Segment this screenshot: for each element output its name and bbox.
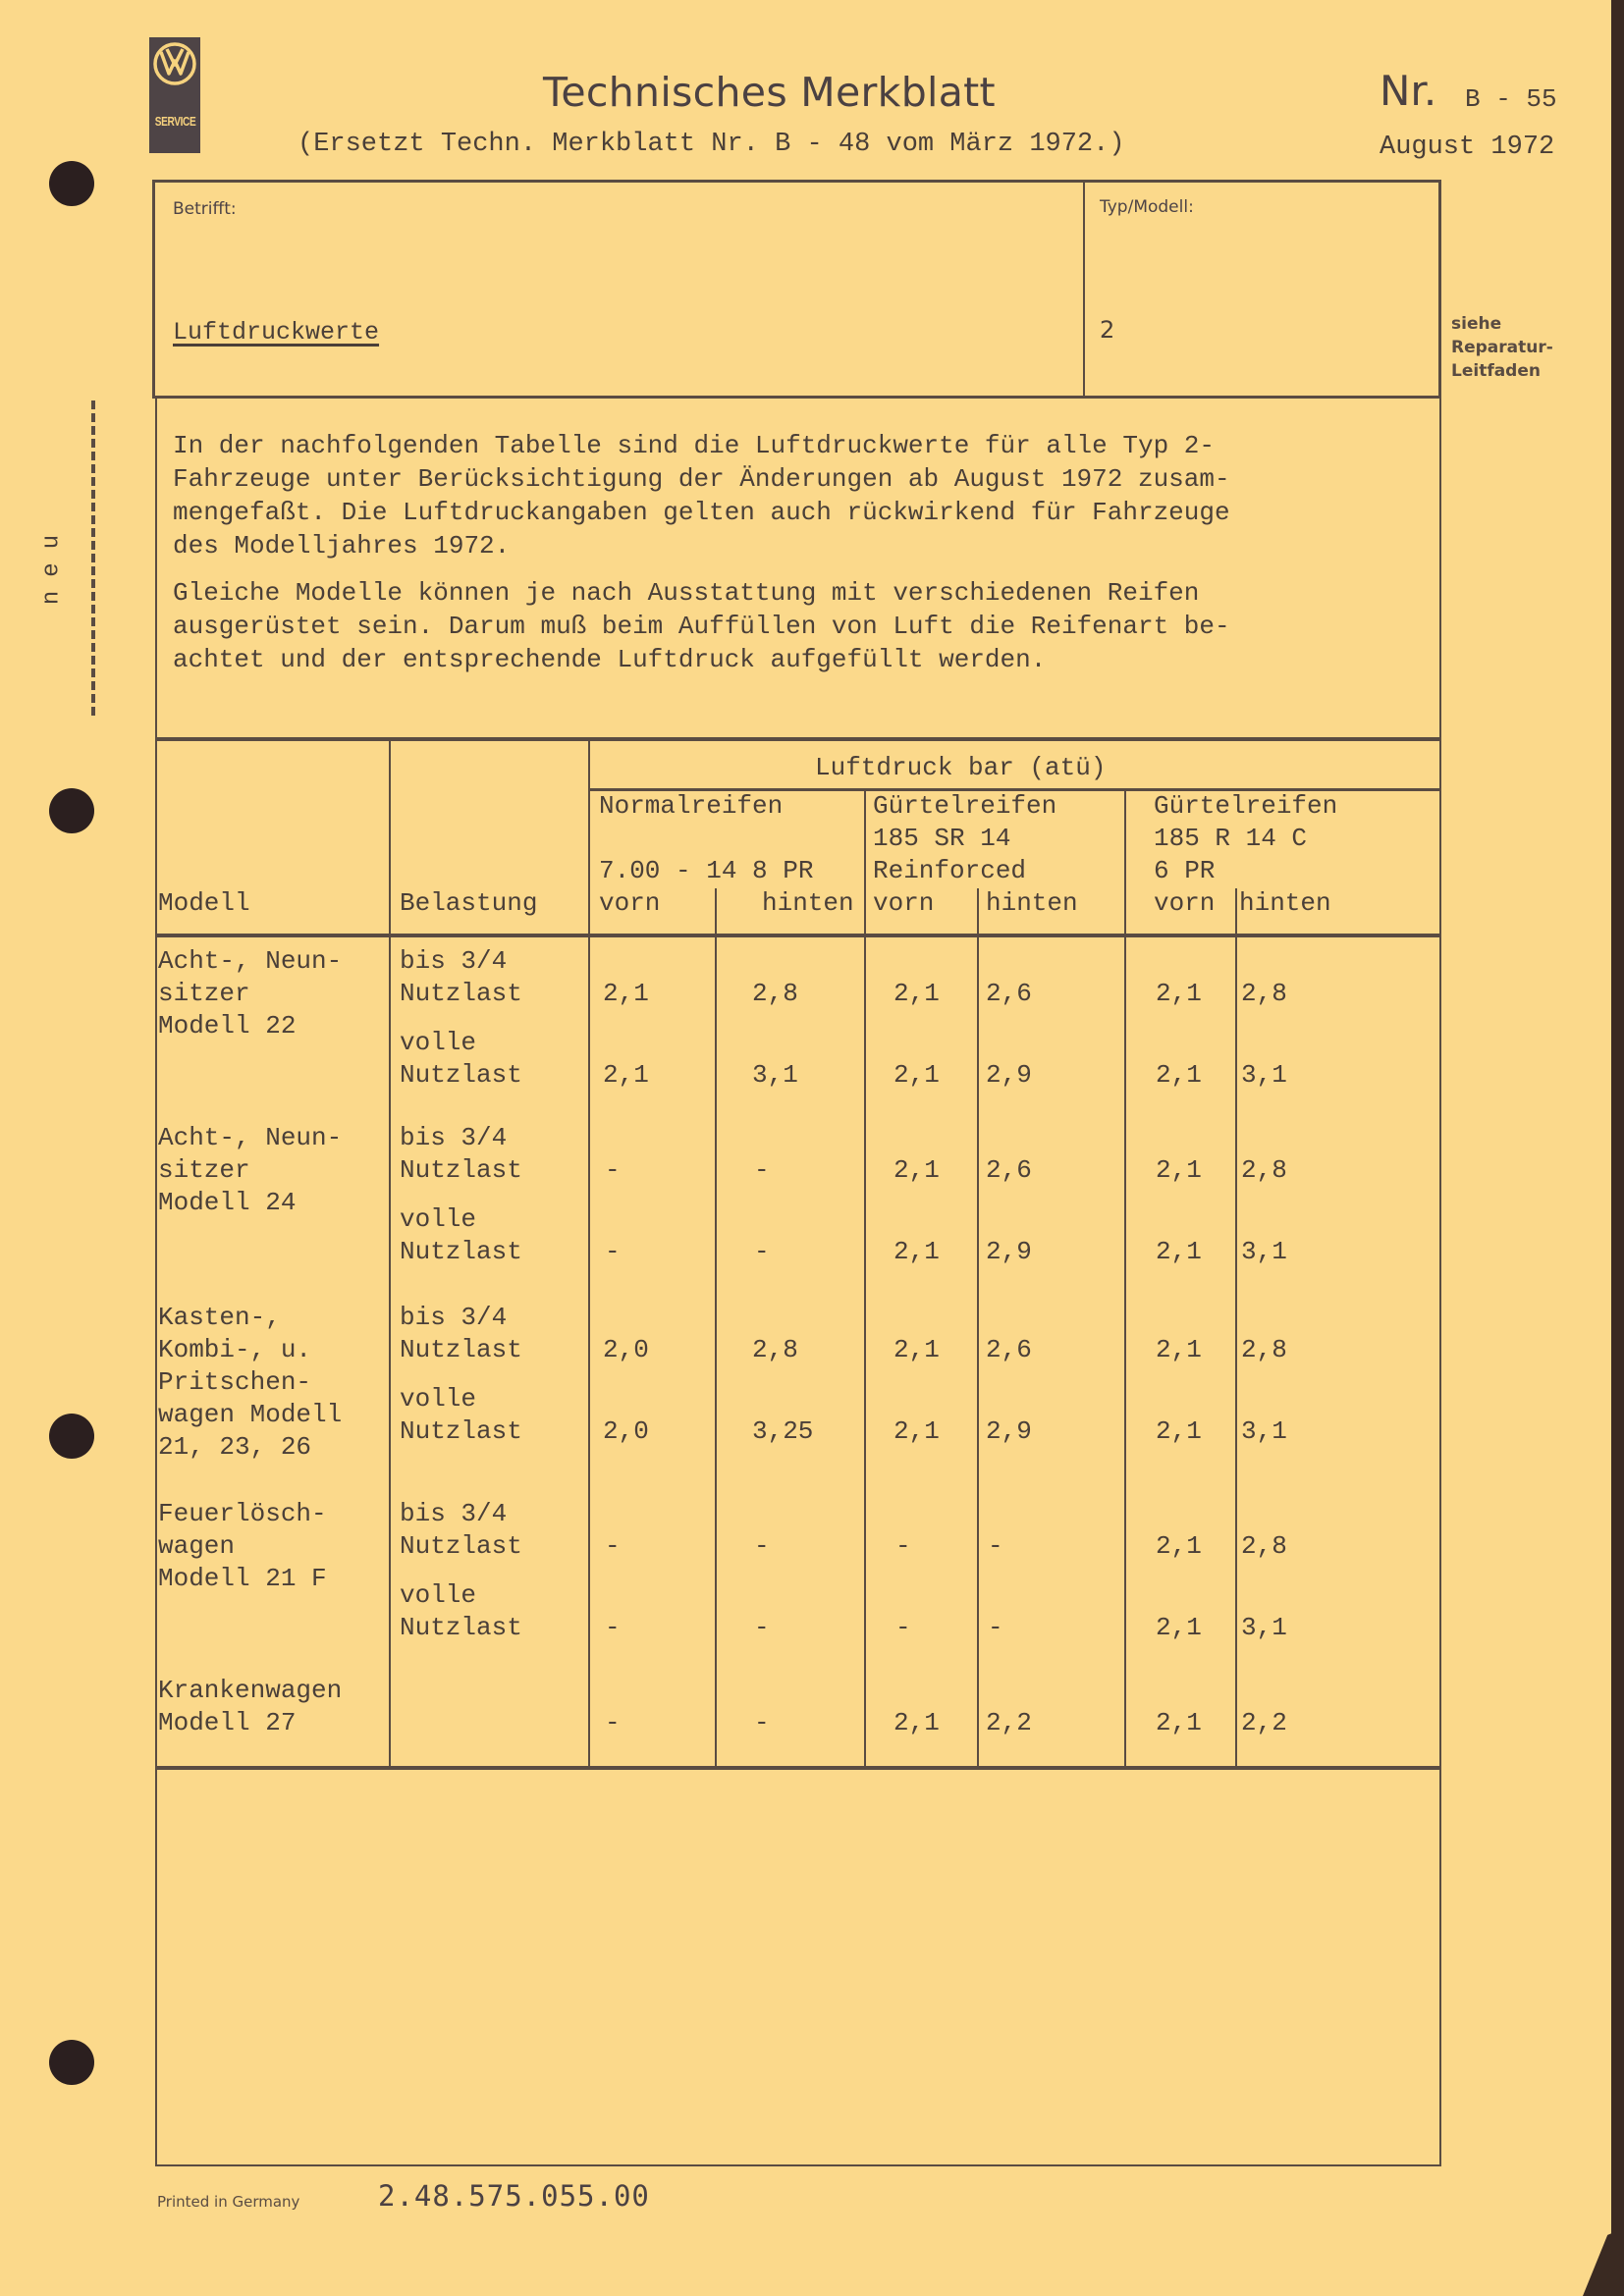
table-bottom-rule	[155, 1766, 1441, 1770]
pressure-value: 2,6	[986, 978, 1032, 1010]
betrifft-label: Betrifft:	[173, 199, 237, 219]
pressure-value: 3,1	[1241, 1415, 1287, 1448]
pressure-value: -	[754, 1530, 770, 1563]
pressure-value: 2,9	[986, 1059, 1032, 1092]
header-tire-3-name: Gürtelreifen	[1154, 790, 1337, 823]
intro-paragraph-2: Gleiche Modelle können je nach Ausstattu…	[173, 576, 1435, 676]
table-header-rule	[155, 934, 1441, 937]
header-hinten: hinten	[762, 887, 854, 920]
row-belastung: bis 3/4 Nutzlast	[400, 1302, 522, 1366]
row-belastung: bis 3/4 Nutzlast	[400, 1498, 522, 1563]
pressure-value: -	[895, 1612, 911, 1644]
pressure-value: 2,8	[1241, 1154, 1287, 1187]
subject-box	[152, 180, 1441, 399]
pressure-value: 3,1	[1241, 1236, 1287, 1268]
pressure-value: -	[754, 1236, 770, 1268]
pressure-value: 2,1	[893, 1334, 940, 1366]
pressure-value: 2,8	[1241, 978, 1287, 1010]
page-corner	[1583, 2228, 1624, 2296]
row-belastung: volle Nutzlast	[400, 1579, 522, 1644]
table-top-rule	[155, 737, 1441, 741]
pressure-value: -	[754, 1154, 770, 1187]
intro-paragraph-1: In der nachfolgenden Tabelle sind die Lu…	[173, 429, 1435, 562]
printed-in-germany: Printed in Germany	[157, 2193, 299, 2211]
punch-hole	[49, 161, 94, 206]
document-subtitle: (Ersetzt Techn. Merkblatt Nr. B - 48 vom…	[298, 130, 1125, 159]
pressure-value: 2,0	[603, 1415, 649, 1448]
pressure-value: -	[605, 1612, 621, 1644]
header-luftdruck: Luftdruck bar (atü)	[815, 752, 1106, 784]
header-tire-1-spec: 7.00 - 14 8 PR	[599, 855, 813, 887]
logo-service-text: SERVICE	[155, 114, 195, 129]
typ-modell-label: Typ/Modell:	[1100, 197, 1194, 217]
pressure-value: 3,1	[1241, 1059, 1287, 1092]
header-tire-3-spec: 185 R 14 C 6 PR	[1154, 823, 1307, 887]
pressure-value: 2,1	[893, 1415, 940, 1448]
pressure-value: 3,1	[1241, 1612, 1287, 1644]
pressure-value: 2,2	[1241, 1707, 1287, 1739]
pressure-value: 2,1	[893, 1059, 940, 1092]
pressure-value: -	[988, 1530, 1003, 1563]
header-tire-2-name: Gürtelreifen	[873, 790, 1056, 823]
pressure-value: 2,1	[1156, 1334, 1202, 1366]
subject-divider	[1083, 180, 1085, 397]
col-line	[864, 790, 866, 1768]
document-date: August 1972	[1380, 133, 1554, 162]
pressure-value: 2,1	[603, 1059, 649, 1092]
pressure-value: 2,1	[893, 978, 940, 1010]
margin-note-neu: neu	[39, 509, 66, 617]
pressure-value: -	[988, 1612, 1003, 1644]
subject-value: Luftdruckwerte	[173, 318, 379, 347]
header-hinten: hinten	[1239, 887, 1331, 920]
header-tire-1-name: Normalreifen	[599, 790, 783, 823]
pressure-value: 2,1	[1156, 1612, 1202, 1644]
header-vorn: vorn	[599, 887, 660, 920]
pressure-value: -	[754, 1612, 770, 1644]
col-line	[389, 737, 391, 1768]
pressure-value: 2,1	[1156, 1707, 1202, 1739]
form-number: 2.48.575.055.00	[378, 2179, 650, 2213]
row-belastung: volle Nutzlast	[400, 1383, 522, 1448]
pressure-value: 2,6	[986, 1154, 1032, 1187]
pressure-value: 2,1	[893, 1154, 940, 1187]
row-modell: Krankenwagen Modell 27	[158, 1675, 342, 1739]
pressure-value: 2,1	[1156, 1236, 1202, 1268]
punch-hole	[49, 788, 94, 833]
pressure-value: -	[605, 1236, 621, 1268]
pressure-value: 2,1	[1156, 978, 1202, 1010]
document-number: B - 55	[1465, 84, 1557, 114]
pressure-value: 2,8	[1241, 1334, 1287, 1366]
col-line	[977, 888, 979, 1768]
row-belastung: volle Nutzlast	[400, 1203, 522, 1268]
page-edge	[1611, 0, 1624, 2296]
pressure-value: 2,1	[1156, 1530, 1202, 1563]
pressure-value: 2,8	[752, 978, 798, 1010]
pressure-value: 2,9	[986, 1236, 1032, 1268]
body-frame-left	[155, 396, 157, 2166]
row-belastung: volle Nutzlast	[400, 1027, 522, 1092]
document-title: Technisches Merkblatt	[543, 69, 996, 116]
header-tire-2-spec: 185 SR 14 Reinforced	[873, 823, 1026, 887]
pressure-value: -	[895, 1530, 911, 1563]
punch-hole	[49, 2040, 94, 2085]
col-line	[715, 888, 717, 1768]
col-line	[588, 737, 590, 1768]
col-line	[1235, 888, 1237, 1768]
row-modell: Acht-, Neun- sitzer Modell 22	[158, 945, 342, 1042]
body-frame-bottom	[155, 2164, 1441, 2166]
document-number-label: Nr.	[1380, 67, 1436, 115]
header-vorn: vorn	[1154, 887, 1215, 920]
pressure-value: 3,25	[752, 1415, 813, 1448]
typ-modell-value: 2	[1100, 316, 1114, 344]
pressure-value: 2,1	[603, 978, 649, 1010]
pressure-value: 3,1	[752, 1059, 798, 1092]
row-modell: Kasten-, Kombi-, u. Pritschen- wagen Mod…	[158, 1302, 342, 1464]
row-belastung: bis 3/4 Nutzlast	[400, 1122, 522, 1187]
vw-logo-icon	[152, 41, 197, 86]
pressure-value: 2,2	[986, 1707, 1032, 1739]
pressure-value: -	[605, 1530, 621, 1563]
header-belastung: Belastung	[400, 887, 537, 920]
row-belastung: bis 3/4 Nutzlast	[400, 945, 522, 1010]
pressure-value: 2,8	[752, 1334, 798, 1366]
vw-service-logo: SERVICE	[149, 37, 200, 153]
pressure-value: 2,0	[603, 1334, 649, 1366]
punch-hole	[49, 1414, 94, 1459]
pressure-value: 2,6	[986, 1334, 1032, 1366]
pressure-value: -	[754, 1707, 770, 1739]
margin-dashed-line	[91, 400, 95, 717]
row-modell: Feuerlösch- wagen Modell 21 F	[158, 1498, 327, 1595]
header-hinten: hinten	[986, 887, 1078, 920]
pressure-value: -	[605, 1154, 621, 1187]
pressure-value: 2,9	[986, 1415, 1032, 1448]
pressure-value: 2,1	[1156, 1154, 1202, 1187]
col-line	[1124, 790, 1126, 1768]
pressure-value: 2,8	[1241, 1530, 1287, 1563]
pressure-value: 2,1	[893, 1236, 940, 1268]
row-modell: Acht-, Neun- sitzer Modell 24	[158, 1122, 342, 1219]
pressure-value: 2,1	[893, 1707, 940, 1739]
pressure-value: 2,1	[1156, 1415, 1202, 1448]
header-modell: Modell	[158, 887, 250, 920]
header-vorn: vorn	[873, 887, 934, 920]
body-frame-right	[1439, 396, 1441, 2166]
side-note: siehe Reparatur- Leitfaden	[1451, 312, 1553, 383]
pressure-value: -	[605, 1707, 621, 1739]
pressure-value: 2,1	[1156, 1059, 1202, 1092]
